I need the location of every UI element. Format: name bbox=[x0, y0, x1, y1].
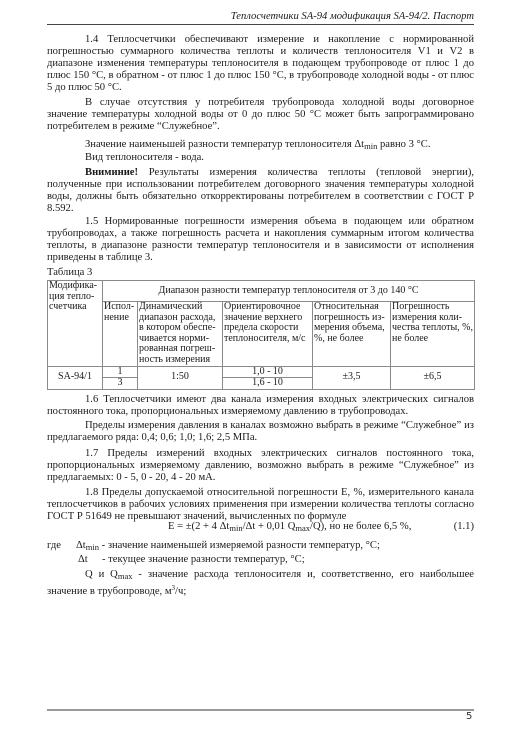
paragraph-cold-water: В случае отсутствия у потребителя трубоп… bbox=[47, 97, 474, 133]
header-rule bbox=[47, 24, 474, 25]
definition-dt-symbol: Δt bbox=[78, 554, 88, 566]
paragraph-1-6: 1.6 Теплосчетчики имеют два канала измер… bbox=[47, 394, 474, 418]
paragraph-medium: Вид теплоносителя - вода. bbox=[85, 152, 474, 164]
cell-velocity: 1,6 - 10 bbox=[223, 378, 313, 390]
definition-dt-min: Δtmin - значение наименьшей измеряемой р… bbox=[76, 540, 380, 553]
cell-heat-error: ±6,5 bbox=[391, 366, 475, 389]
running-header: Теплосчетчики SA-94 модификация SA-94/2.… bbox=[47, 11, 474, 23]
definition-dt: - текущее значение разности температур, … bbox=[102, 554, 305, 566]
where-label: где bbox=[47, 540, 61, 552]
document-page: Теплосчетчики SA-94 модификация SA-94/2.… bbox=[0, 0, 520, 735]
paragraph-1-7: 1.7 Пределы измерений входных электричес… bbox=[47, 448, 474, 484]
column-header: Ориентировочное значение верхнего предел… bbox=[223, 302, 313, 367]
paragraph-pressure: Пределы измерения давления в каналах воз… bbox=[47, 420, 474, 444]
page-number: 5 bbox=[466, 711, 472, 722]
cell-velocity: 1,0 - 10 bbox=[223, 366, 313, 378]
header-modification: Модифика-ция тепло-счетчика bbox=[48, 281, 103, 367]
paragraph-1-8: 1.8 Пределы допускаемой относительной по… bbox=[47, 487, 474, 523]
table-caption: Таблица 3 bbox=[47, 267, 92, 279]
paragraph-warning: Вниминие! Результаты измерения количеств… bbox=[47, 167, 474, 215]
formula-1-1: Е = ±(2 + 4 Δtmin/Δt + 0,01 Qmax/Q), но … bbox=[168, 521, 411, 534]
paragraph-1-5: 1.5 Нормированные погрешности измерения … bbox=[47, 216, 474, 264]
column-header: Динамический диапазон расхода, в котором… bbox=[138, 302, 223, 367]
cell-modification: SA-94/1 bbox=[48, 366, 103, 389]
header-range: Диапазон разности температур теплоносите… bbox=[103, 281, 475, 302]
footer-rule bbox=[47, 709, 474, 711]
cell-volume-error: ±3,5 bbox=[313, 366, 391, 389]
cell-dynamic-range: 1:50 bbox=[138, 366, 223, 389]
definition-q: Q и Qmax - значение расхода теплоносител… bbox=[47, 569, 474, 598]
paragraph-1-4: 1.4 Теплосчетчики обеспечивают измерение… bbox=[47, 34, 474, 94]
column-header: Погрешность измерения коли-чества теплот… bbox=[391, 302, 475, 367]
cell-execution: 1 bbox=[103, 366, 138, 378]
column-header: Относительная погрешность из-мерения объ… bbox=[313, 302, 391, 367]
warning-label: Вниминие! bbox=[85, 167, 138, 178]
cell-execution: 3 bbox=[103, 378, 138, 390]
paragraph-delta-t: Значение наименьшей разности температур … bbox=[85, 139, 474, 152]
column-header: Испол-нение bbox=[103, 302, 138, 367]
table-row: SA-94/1 1 1:50 1,0 - 10 ±3,5 ±6,5 bbox=[48, 366, 475, 378]
table-3: Модифика-ция тепло-счетчика Диапазон раз… bbox=[47, 280, 475, 390]
formula-number: (1.1) bbox=[454, 521, 474, 533]
